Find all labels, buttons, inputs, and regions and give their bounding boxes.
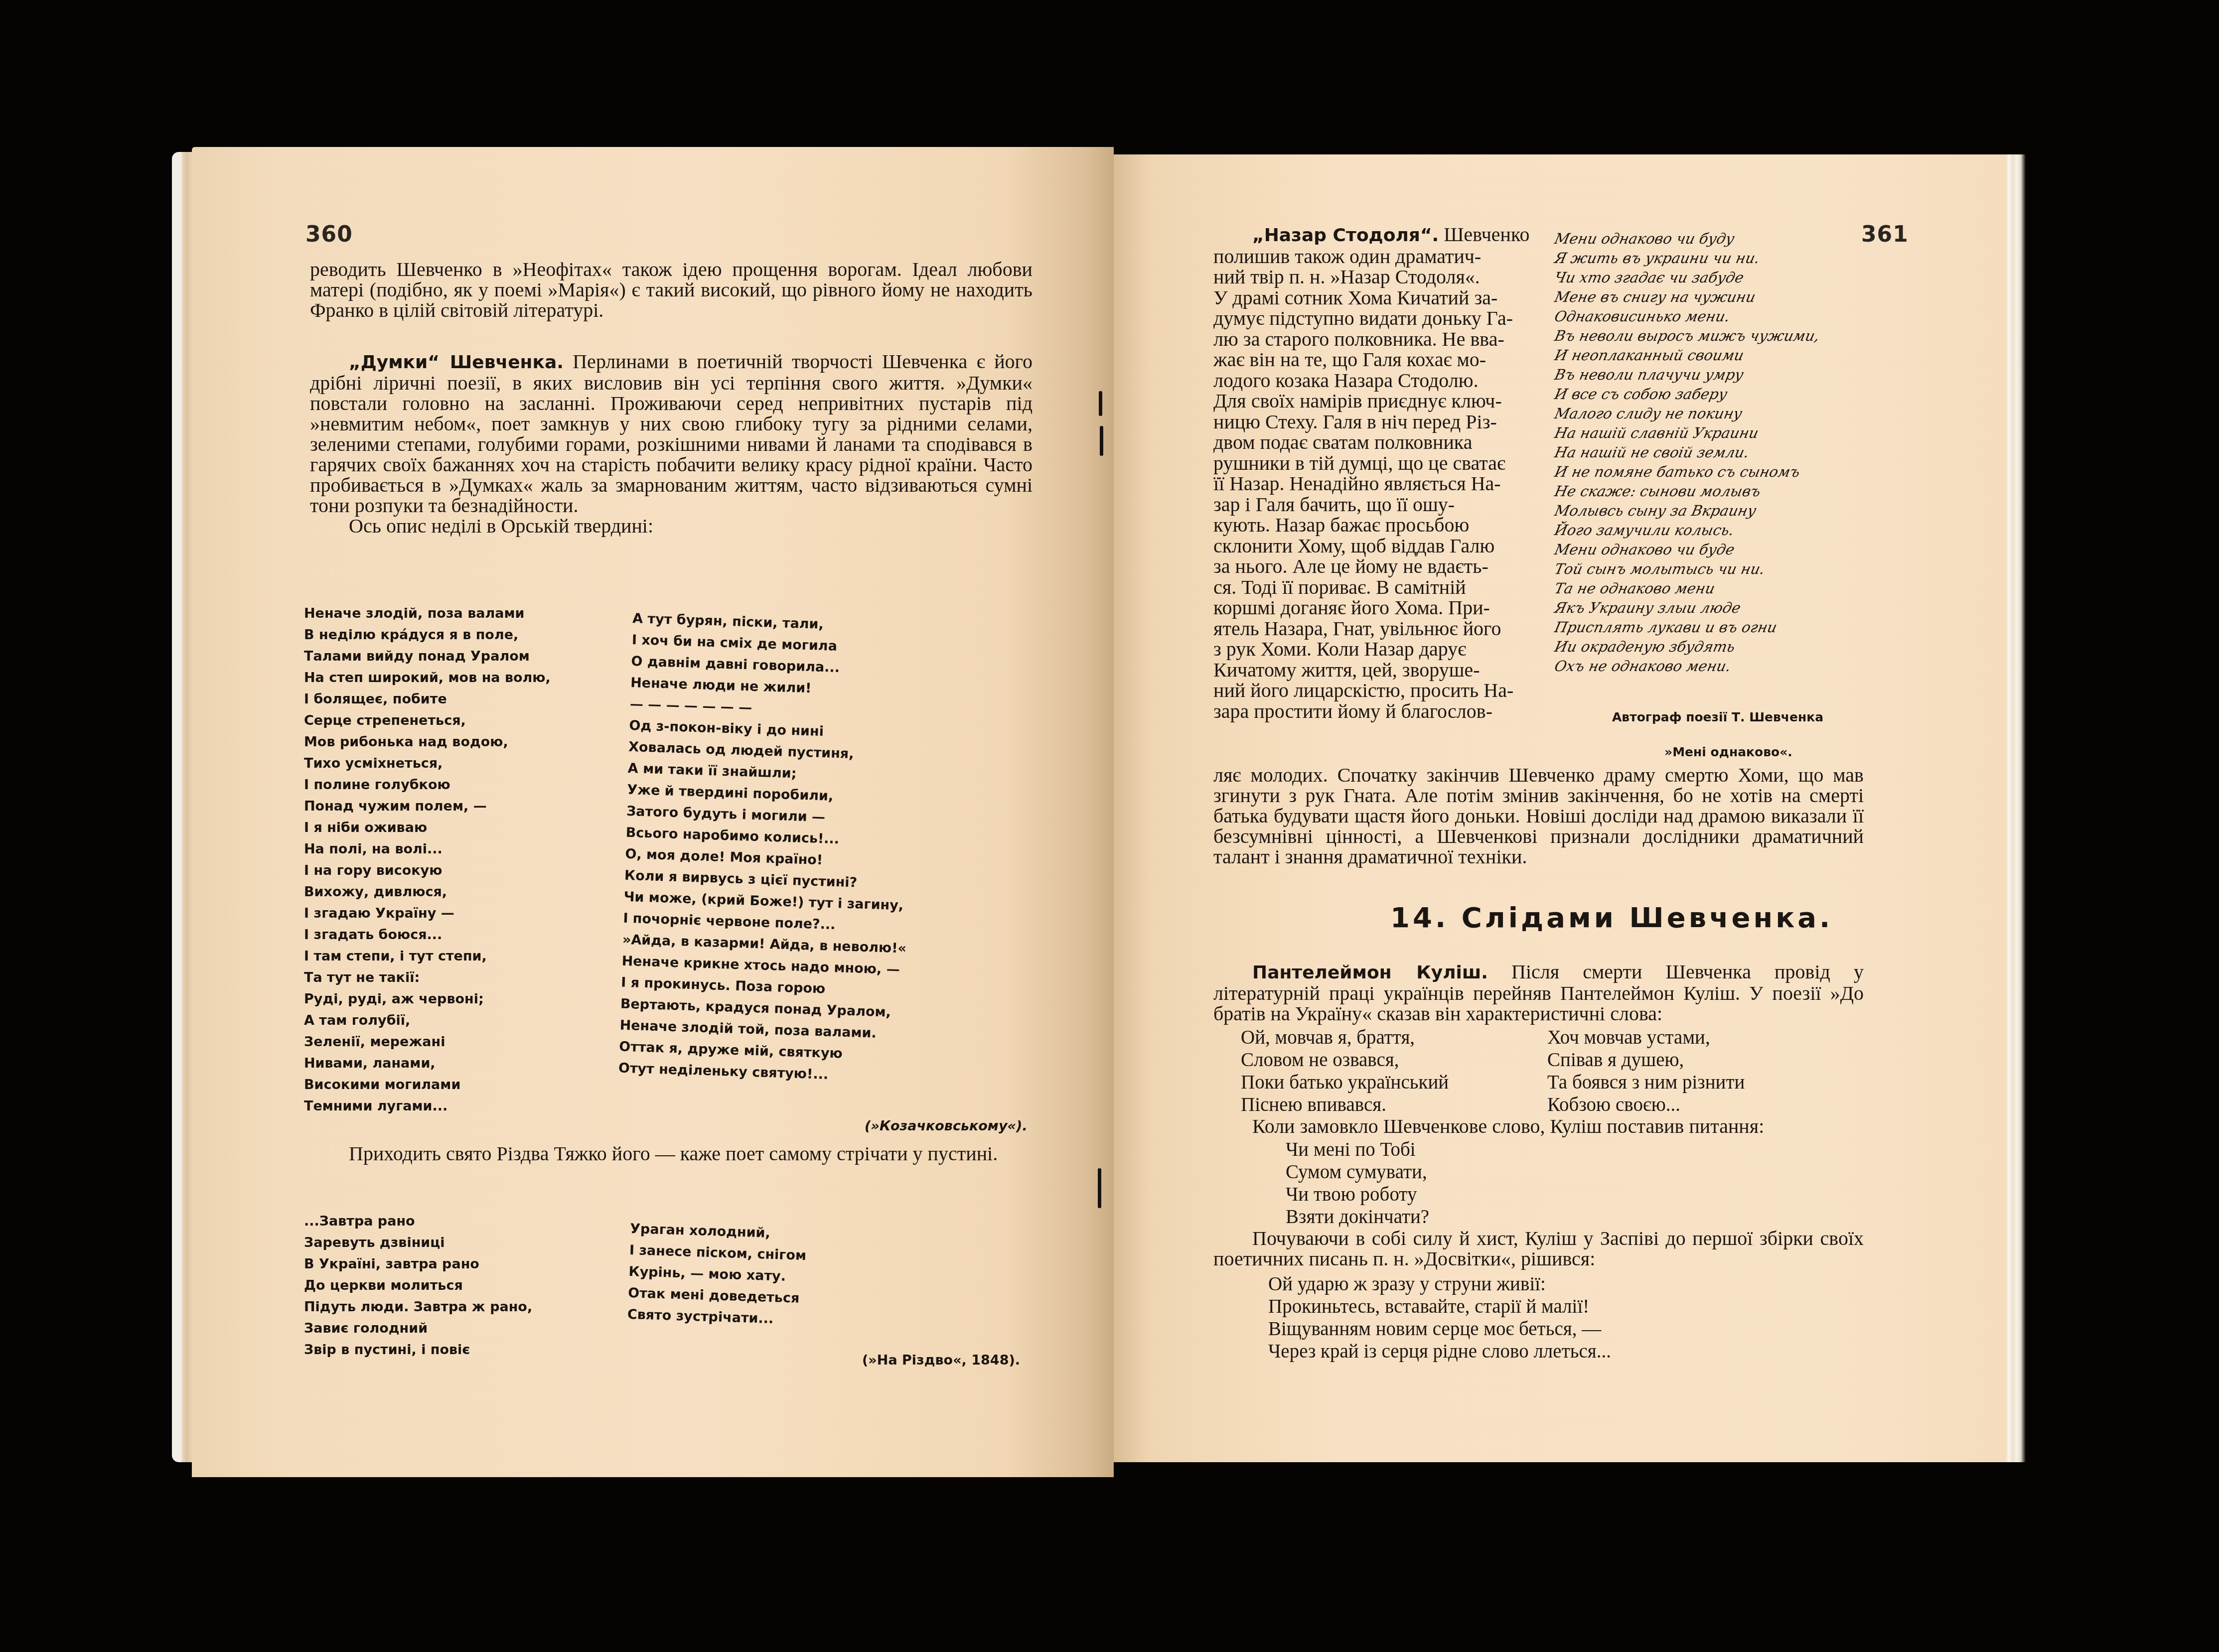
poem-kulish-column-1: Ой, мовчав я, браття,Словом не озвався,П… xyxy=(1241,1026,1449,1116)
verse-line: Віщуванням новим серце моє беться, — xyxy=(1268,1318,1611,1340)
verse-line: Темними лугами... xyxy=(304,1096,551,1117)
nazar-line: Для своїх намірів приєднує ключ- xyxy=(1213,391,1520,412)
verse-line: Хоч мовчав устами, xyxy=(1547,1026,1745,1049)
nazar-column: „Назар Стодоля“. Шевченкополишив також о… xyxy=(1213,224,1520,721)
staple-top-b xyxy=(1100,426,1103,456)
poem-orsk-column-2: А тут бурян, піски, тали,І хоч би на смі… xyxy=(618,608,917,1088)
manuscript-line: Мене въ снигу на чужини xyxy=(1553,287,1821,307)
intro-text: реводить Шевченко в »Неофітах« також іде… xyxy=(310,259,1033,320)
manuscript-line: Його замучили колысь. xyxy=(1553,521,1821,540)
page-edges-right xyxy=(2006,154,2026,1462)
verse-line: І полине голубкою xyxy=(304,774,551,796)
verse-line: І згадать боюся... xyxy=(304,924,551,946)
nazar-text: „Назар Стодоля“. Шевченкополишив також о… xyxy=(1213,224,1520,721)
verse-line: Через край із серця рідне слово ллеться.… xyxy=(1268,1340,1611,1363)
nazar-line: думує підступно видати доньку Га- xyxy=(1213,308,1520,329)
kulish-lead: Пантелеймон Куліш. xyxy=(1252,963,1488,983)
verse-line: Тихо усміхнеться, xyxy=(304,753,551,774)
manuscript-line: Ии окраденую збудять xyxy=(1553,637,1821,657)
nazar-line: зар і Галя бачить, що її ошу- xyxy=(1213,494,1520,515)
poem-question: Чи мені по ТобіСумом сумувати,Чи твою ро… xyxy=(1286,1138,1429,1228)
page-number: 360 xyxy=(305,222,353,247)
poem-orsk-attribution: (»Козачковському«). xyxy=(865,1118,1028,1134)
manuscript-line: На нашій не своій земли. xyxy=(1553,443,1821,462)
verse-line: Талами вийду понад Уралом xyxy=(304,646,551,667)
verse-line: ...Завтра рано xyxy=(304,1211,532,1232)
verse-line: Ой, мовчав я, браття, xyxy=(1241,1026,1449,1049)
manuscript-line: Охъ не однаково мени. xyxy=(1553,657,1821,676)
dumky-paragraph: „Думки“ Шевченка. Перлинами в поетичній … xyxy=(310,351,1033,536)
verse-line: І болящеє, побите xyxy=(304,688,551,710)
manuscript-line: Въ неволи выросъ мижъ чужими, xyxy=(1553,326,1821,346)
verse-line: Мов рибонька над водою, xyxy=(304,731,551,753)
verse-line: На степ широкий, мов на волю, xyxy=(304,667,551,688)
poem-orsk-column-1: Неначе злодій, поза валамиВ неділю крáду… xyxy=(304,603,551,1117)
verse-line: Зеленії, мережані xyxy=(304,1031,551,1053)
nazar-line: двом подає сватам полковника xyxy=(1213,432,1520,453)
nazar-line: її Назар. Ненадійно являється На- xyxy=(1213,473,1520,494)
autograph-caption: Автограф поезії Т. Шевченка xyxy=(1612,710,1823,724)
poem-zaspiv: Ой ударю ж зразу у струни живії:Прокиньт… xyxy=(1268,1273,1611,1363)
staple-top-a xyxy=(1099,391,1102,416)
manuscript-line: Присплять лукави и въ огни xyxy=(1553,618,1821,637)
verse-line: Кобзою своєю... xyxy=(1547,1094,1745,1116)
nazar-line: ний його лицарскістю, просить На- xyxy=(1213,680,1520,701)
zaspiv-paragraph: Почуваючи в собі силу й хист, Куліш у За… xyxy=(1213,1228,1864,1269)
verse-line: Взяти докінчати? xyxy=(1286,1206,1429,1228)
page-360: 360 реводить Шевченко в »Неофітах« також… xyxy=(192,147,1114,1477)
verse-line: Нивами, ланами, xyxy=(304,1053,551,1074)
nazar-line: ся. Тоді її пориває. В самітній xyxy=(1213,577,1520,598)
shevchenko-autograph-manuscript: Мени однаково чи будуЯ жить въ украини ч… xyxy=(1555,229,1819,676)
poem-christmas-column-1: ...Завтра раноЗаревуть дзвіниціВ Україні… xyxy=(304,1211,532,1361)
dumky-text: Перлинами в поетичній творчості Шевченка… xyxy=(310,350,1033,517)
verse-line: Поки батько український xyxy=(1241,1071,1449,1094)
kulish-paragraph: Пантелеймон Куліш. Після смерти Шевченка… xyxy=(1213,962,1864,1024)
verse-line: Завиє голодний xyxy=(304,1318,532,1339)
verse-line: А там голубії, xyxy=(304,1010,551,1031)
verse-line: Неначе злодій, поза валами xyxy=(304,603,551,624)
verse-line: Заревуть дзвіниці xyxy=(304,1232,532,1253)
manuscript-line: И неоплаканный своими xyxy=(1553,346,1821,365)
verse-line: Високими могилами xyxy=(304,1074,551,1096)
verse-line: Ой ударю ж зразу у струни живії: xyxy=(1268,1273,1611,1295)
manuscript-line: Чи хто згадає чи забуде xyxy=(1553,268,1821,287)
nazar-first-line: „Назар Стодоля“. Шевченко xyxy=(1213,224,1520,246)
manuscript-line: Мени однаково чи буду xyxy=(1553,229,1821,249)
nazar-line: за нього. Але це йому не вдаєть- xyxy=(1213,556,1520,577)
verse-line: До церкви молиться xyxy=(304,1275,532,1296)
manuscript-line: Въ неволи плачучи умру xyxy=(1553,365,1821,385)
verse-line: Понад чужим полем, — xyxy=(304,796,551,817)
staple-bottom xyxy=(1098,1168,1101,1208)
verse-line: Чи мені по Тобі xyxy=(1286,1138,1429,1161)
manuscript-line: Той сынъ молытысь чи ни. xyxy=(1553,559,1821,579)
manuscript-line: Мени однаково чи буде xyxy=(1553,540,1821,559)
nazar-line: ятель Назара, Гнат, увільнює його xyxy=(1213,618,1520,639)
nazar-line: жає він на те, що Галя кохає мо- xyxy=(1213,349,1520,370)
verse-line: І я ніби оживаю xyxy=(304,817,551,838)
verse-line: Руді, руді, аж червоні; xyxy=(304,988,551,1010)
nazar-line: полишив також один драматич- xyxy=(1213,246,1520,267)
nazar-line: У драмі сотник Хома Кичатий за- xyxy=(1213,287,1520,308)
verse-line: І згадаю Україну — xyxy=(304,903,551,924)
verse-line: В неділю крáдуся я в поле, xyxy=(304,624,551,646)
nazar-line: кують. Назар бажає просьбою xyxy=(1213,515,1520,536)
nazar-line: рушники в тій думці, що це сватає xyxy=(1213,453,1520,474)
orsk-intro: Ось опис неділі в Орській твердині: xyxy=(310,516,1033,536)
nazar-line: склонити Хому, щоб віддав Галю xyxy=(1213,536,1520,556)
verse-line: Прокиньтесь, вставайте, старії й малії! xyxy=(1268,1295,1611,1318)
dumky-lead: „Думки“ Шевченка. xyxy=(349,352,564,373)
verse-line: Словом не озвався, xyxy=(1241,1049,1449,1071)
autograph-subcaption: »Мені однаково«. xyxy=(1664,745,1792,759)
verse-line: Чи твою роботу xyxy=(1286,1183,1429,1206)
manuscript-line: На нашій славній Украини xyxy=(1553,423,1821,443)
verse-line: Вихожу, дивлюся, xyxy=(304,881,551,903)
verse-line: Та боявся з ним різнити xyxy=(1547,1071,1745,1094)
verse-line: Звір в пустині, і повіє xyxy=(304,1339,532,1361)
manuscript-line: Малого слиду не покину xyxy=(1553,404,1821,423)
nazar-line: лю за старого полковника. Не вва- xyxy=(1213,329,1520,350)
chapter-title: 14. Слідами Шевченка. xyxy=(1390,902,1833,934)
verse-line: Піснею впивався. xyxy=(1241,1094,1449,1116)
open-book-spread: 360 реводить Шевченко в »Неофітах« також… xyxy=(172,147,2066,1477)
nazar-line: ний твір п. н. »Назар Стодоля«. xyxy=(1213,267,1520,287)
poem-christmas-attribution: (»На Різдво«, 1848). xyxy=(862,1353,1020,1368)
verse-line: В Україні, завтра рано xyxy=(304,1253,532,1275)
verse-line: Серце стрепенеться, xyxy=(304,710,551,731)
nazar-conclusion: ляє молодих. Спочатку закінчив Шевченко … xyxy=(1213,765,1864,867)
verse-line: І на гору високую xyxy=(304,860,551,881)
nazar-line: лодого козака Назара Стодолю. xyxy=(1213,370,1520,391)
poem-kulish-column-2: Хоч мовчав устами,Співав я душею,Та бояв… xyxy=(1547,1026,1745,1116)
manuscript-line: Не скаже: сынови молывъ xyxy=(1553,482,1821,501)
verse-line: І там степи, і тут степи, xyxy=(304,946,551,967)
nazar-lead: „Назар Стодоля“. xyxy=(1252,225,1439,246)
verse-line: Співав я душею, xyxy=(1547,1049,1745,1071)
nazar-line: коршмі доганяє його Хома. При- xyxy=(1213,597,1520,618)
manuscript-line: И не помяне батько съ сыномъ xyxy=(1553,462,1821,482)
nazar-line: зара простити йому й благослов- xyxy=(1213,701,1520,722)
page-361: 361 „Назар Стодоля“. Шевченкополишив так… xyxy=(1114,154,2006,1462)
nazar-line: Кичатому життя, цей, зворуше- xyxy=(1213,660,1520,681)
nazar-line: з рук Хоми. Коли Назар дарує xyxy=(1213,639,1520,660)
page-number: 361 xyxy=(1861,222,1909,247)
verse-line: Підуть люди. Завтра ж рано, xyxy=(304,1296,532,1318)
intro-paragraph: реводить Шевченко в »Неофітах« також іде… xyxy=(310,259,1033,320)
manuscript-line: Я жить въ украини чи ни. xyxy=(1553,249,1821,268)
manuscript-line: Якъ Украину злыи люде xyxy=(1553,598,1821,618)
christmas-paragraph: Приходить свято Різдва Тяжко його — каже… xyxy=(310,1143,1033,1164)
verse-line: На полі, на волі... xyxy=(304,838,551,860)
verse-line: Сумом сумувати, xyxy=(1286,1161,1429,1183)
poem-christmas-column-2: Ураган холодний,І занесе піском, снігомК… xyxy=(627,1218,807,1331)
manuscript-line: И все съ собою заберу xyxy=(1553,385,1821,404)
manuscript-line: Однаковисинько мени. xyxy=(1553,307,1821,326)
manuscript-line: Та не однаково мени xyxy=(1553,579,1821,598)
manuscript-line: Молывсь сыну за Вкраину xyxy=(1553,501,1821,521)
verse-line: Та тут не такії: xyxy=(304,967,551,988)
nazar-line: ницю Стеху. Галя в ніч перед Різ- xyxy=(1213,412,1520,432)
question-intro: Коли замовкло Шевченкове слово, Куліш по… xyxy=(1213,1116,1864,1136)
